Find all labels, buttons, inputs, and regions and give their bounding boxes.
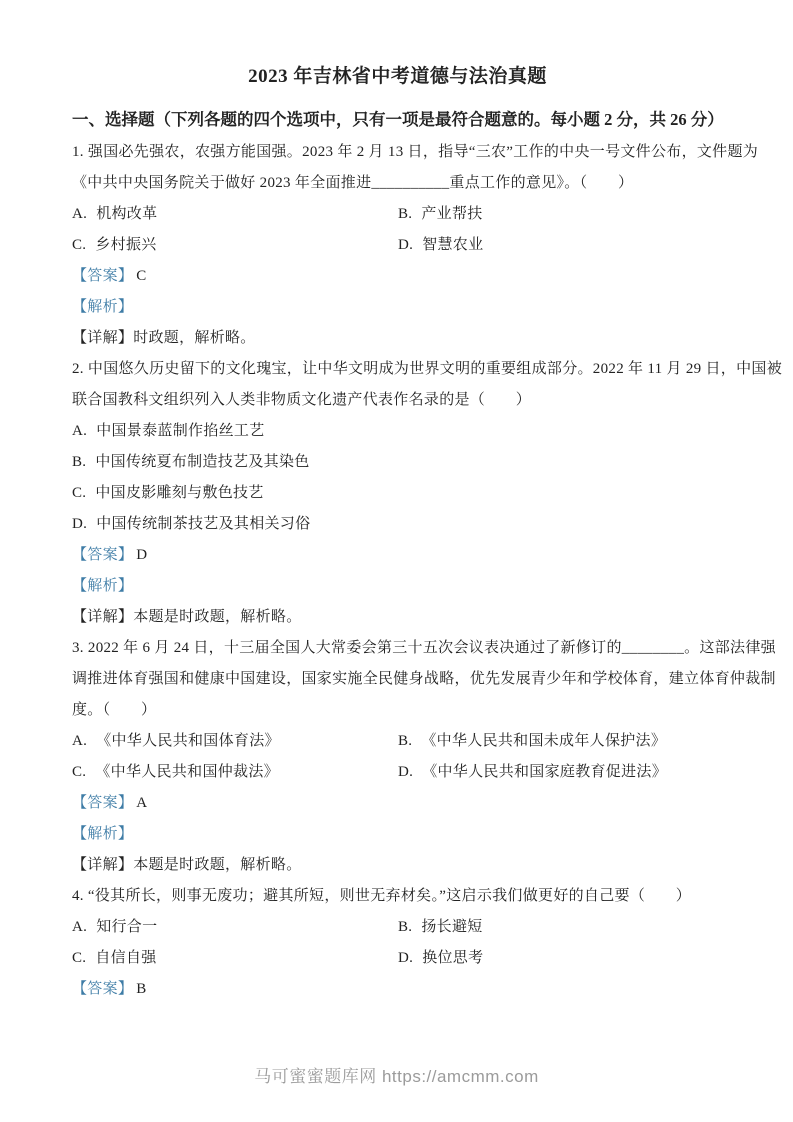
question-1: 1. 强国必先强农，农强方能国强。2023 年 2 月 13 日，指导“三农”工… — [72, 137, 723, 354]
option-text: 《中华人民共和国体育法》 — [96, 733, 280, 749]
answer-label: 【答案】 — [72, 547, 133, 563]
option: D.智慧农业 — [398, 230, 723, 261]
question-stem-line: 4. “役其所长，则事无废功；避其所短，则世无弃材矣。”这启示我们做更好的自己要… — [72, 881, 723, 912]
answer-row: 【答案】C — [72, 261, 723, 292]
option-row: C.自信自强D.换位思考 — [72, 943, 723, 974]
question-3: 3. 2022 年 6 月 24 日，十三届全国人大常委会第三十五次会议表决通过… — [72, 633, 723, 881]
option-text: 知行合一 — [96, 919, 157, 935]
question-stem-line: 1. 强国必先强农，农强方能国强。2023 年 2 月 13 日，指导“三农”工… — [72, 137, 723, 168]
answer-value: A — [136, 795, 147, 811]
option-key: C. — [72, 478, 86, 509]
answer-row: 【答案】D — [72, 540, 723, 571]
option: D.《中华人民共和国家庭教育促进法》 — [398, 757, 723, 788]
page-content: 2023 年吉林省中考道德与法治真题 一、选择题（下列各题的四个选项中，只有一项… — [72, 62, 723, 1005]
option: C.乡村振兴 — [72, 230, 398, 261]
question-2: 2. 中国悠久历史留下的文化瑰宝，让中华文明成为世界文明的重要组成部分。2022… — [72, 354, 723, 633]
option-key: A. — [72, 912, 87, 943]
option: B.扬长避短 — [398, 912, 723, 943]
option: D.中国传统制茶技艺及其相关习俗 — [72, 516, 310, 532]
answer-label: 【答案】 — [72, 268, 133, 284]
analysis-row: 【解析】 — [72, 819, 723, 850]
question-stem-line: 3. 2022 年 6 月 24 日，十三届全国人大常委会第三十五次会议表决通过… — [72, 633, 723, 664]
option-row: A.《中华人民共和国体育法》B.《中华人民共和国未成年人保护法》 — [72, 726, 723, 757]
option-key: A. — [72, 199, 87, 230]
option-row: C.中国皮影雕刻与敷色技艺 — [72, 478, 723, 509]
section-heading: 一、选择题（下列各题的四个选项中，只有一项是最符合题意的。每小题 2 分，共 2… — [72, 105, 723, 135]
option-row: D.中国传统制茶技艺及其相关习俗 — [72, 509, 723, 540]
option-text: 产业帮扶 — [421, 206, 482, 222]
option-key: A. — [72, 416, 87, 447]
option-text: 换位思考 — [422, 950, 483, 966]
question-stem-line: 度。（ ） — [72, 695, 723, 726]
option-key: A. — [72, 726, 87, 757]
detail-row: 【详解】时政题，解析略。 — [72, 323, 723, 354]
option-key: B. — [72, 447, 86, 478]
option-text: 中国皮影雕刻与敷色技艺 — [95, 485, 263, 501]
option: B.《中华人民共和国未成年人保护法》 — [398, 726, 723, 757]
option-text: 自信自强 — [95, 950, 156, 966]
option-key: B. — [398, 912, 412, 943]
question-4: 4. “役其所长，则事无废功；避其所短，则世无弃材矣。”这启示我们做更好的自己要… — [72, 881, 723, 1005]
option: A.《中华人民共和国体育法》 — [72, 726, 398, 757]
option-text: 机构改革 — [96, 206, 157, 222]
detail-text: 本题是时政题，解析略。 — [133, 609, 301, 625]
exam-page: 2023 年吉林省中考道德与法治真题 一、选择题（下列各题的四个选项中，只有一项… — [0, 0, 793, 1122]
option-text: 《中华人民共和国家庭教育促进法》 — [422, 764, 667, 780]
option-row: A.中国景泰蓝制作掐丝工艺 — [72, 416, 723, 447]
option-text: 中国传统制茶技艺及其相关习俗 — [96, 516, 310, 532]
option: C.自信自强 — [72, 943, 398, 974]
option: A.机构改革 — [72, 199, 398, 230]
option-text: 《中华人民共和国仲裁法》 — [95, 764, 279, 780]
option-row: A.机构改革B.产业帮扶 — [72, 199, 723, 230]
option-row: C.《中华人民共和国仲裁法》D.《中华人民共和国家庭教育促进法》 — [72, 757, 723, 788]
answer-row: 【答案】B — [72, 974, 723, 1005]
option-text: 乡村振兴 — [95, 237, 156, 253]
answer-value: B — [136, 981, 146, 997]
option: C.中国皮影雕刻与敷色技艺 — [72, 485, 264, 501]
option: B.产业帮扶 — [398, 199, 723, 230]
option-key: D. — [398, 757, 413, 788]
answer-label: 【答案】 — [72, 981, 133, 997]
option-row: C.乡村振兴D.智慧农业 — [72, 230, 723, 261]
option-text: 中国景泰蓝制作掐丝工艺 — [96, 423, 264, 439]
detail-label: 【详解】 — [72, 857, 133, 873]
analysis-label: 【解析】 — [72, 299, 133, 315]
question-stem-line: 2. 中国悠久历史留下的文化瑰宝，让中华文明成为世界文明的重要组成部分。2022… — [72, 354, 723, 385]
option-text: 智慧农业 — [422, 237, 483, 253]
question-stem-line: 联合国教科文组织列入人类非物质文化遗产代表作名录的是（ ） — [72, 385, 723, 416]
answer-value: C — [136, 268, 146, 284]
option-key: C. — [72, 757, 86, 788]
option-text: 中国传统夏布制造技艺及其染色 — [95, 454, 309, 470]
option: C.《中华人民共和国仲裁法》 — [72, 757, 398, 788]
page-title: 2023 年吉林省中考道德与法治真题 — [72, 62, 723, 92]
option-key: C. — [72, 230, 86, 261]
analysis-row: 【解析】 — [72, 292, 723, 323]
answer-label: 【答案】 — [72, 795, 133, 811]
analysis-row: 【解析】 — [72, 571, 723, 602]
question-stem-line: 《中共中央国务院关于做好 2023 年全面推进__________重点工作的意见… — [72, 168, 723, 199]
detail-text: 本题是时政题，解析略。 — [133, 857, 301, 873]
detail-row: 【详解】本题是时政题，解析略。 — [72, 850, 723, 881]
option: A.知行合一 — [72, 912, 398, 943]
option: B.中国传统夏布制造技艺及其染色 — [72, 454, 310, 470]
option-row: B.中国传统夏布制造技艺及其染色 — [72, 447, 723, 478]
option-key: D. — [398, 230, 413, 261]
option-key: D. — [72, 509, 87, 540]
option: D.换位思考 — [398, 943, 723, 974]
analysis-label: 【解析】 — [72, 578, 133, 594]
option-row: A.知行合一B.扬长避短 — [72, 912, 723, 943]
detail-label: 【详解】 — [72, 330, 133, 346]
answer-value: D — [136, 547, 147, 563]
option-key: D. — [398, 943, 413, 974]
footer-watermark: 马可蜜蜜题库网 https://amcmm.com — [0, 1062, 793, 1092]
analysis-label: 【解析】 — [72, 826, 133, 842]
option-key: B. — [398, 726, 412, 757]
questions: 1. 强国必先强农，农强方能国强。2023 年 2 月 13 日，指导“三农”工… — [72, 137, 723, 1005]
option-key: C. — [72, 943, 86, 974]
option-text: 《中华人民共和国未成年人保护法》 — [421, 733, 666, 749]
detail-text: 时政题，解析略。 — [133, 330, 255, 346]
option-key: B. — [398, 199, 412, 230]
detail-row: 【详解】本题是时政题，解析略。 — [72, 602, 723, 633]
option: A.中国景泰蓝制作掐丝工艺 — [72, 423, 265, 439]
question-stem-line: 调推进体育强国和健康中国建设，国家实施全民健身战略，优先发展青少年和学校体育，建… — [72, 664, 723, 695]
answer-row: 【答案】A — [72, 788, 723, 819]
option-text: 扬长避短 — [421, 919, 482, 935]
detail-label: 【详解】 — [72, 609, 133, 625]
